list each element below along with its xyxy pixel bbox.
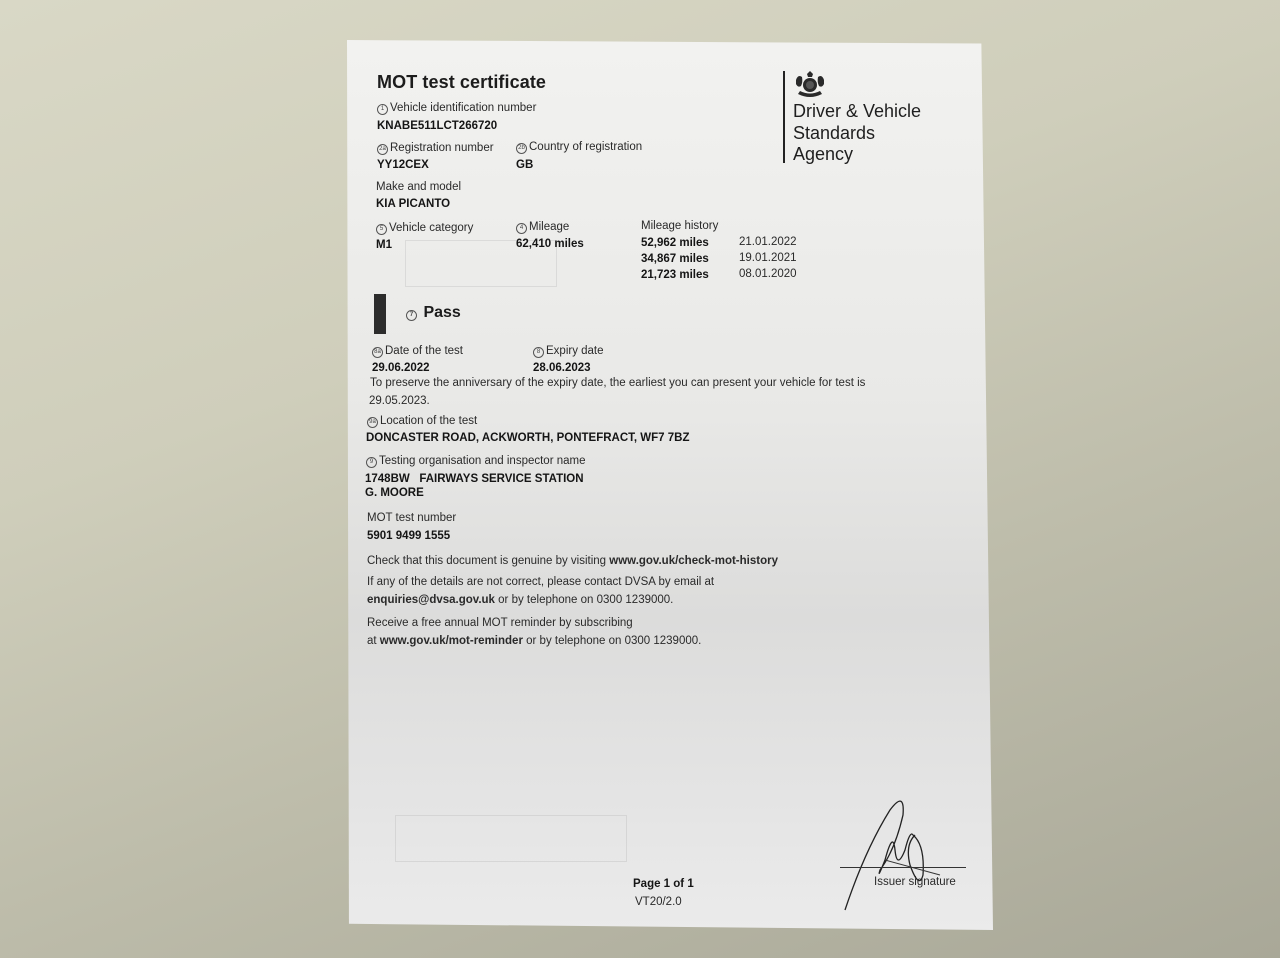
vin-label: 1Vehicle identification number <box>377 102 536 115</box>
field-number-badge: 7 <box>406 310 417 321</box>
result-marker-bar <box>374 294 386 334</box>
field-number-badge: 5 <box>376 224 387 235</box>
show-through-box <box>395 815 627 862</box>
field-number-badge: 4 <box>516 223 527 234</box>
reminder-line2: at www.gov.uk/mot-reminder or by telepho… <box>367 635 701 647</box>
reminder-phone-text: or by telephone on 0300 1239000. <box>523 635 701 647</box>
test-number-label: MOT test number <box>367 512 456 524</box>
reminder-line1: Receive a free annual MOT reminder by su… <box>367 617 633 629</box>
make-model-value: KIA PICANTO <box>376 198 450 210</box>
mileage-history-date: 08.01.2020 <box>739 268 797 280</box>
mileage-history-miles: 34,867 miles <box>641 253 709 265</box>
contact-line2: enquiries@dvsa.gov.uk or by telephone on… <box>367 594 673 606</box>
page-number: Page 1 of 1 <box>633 878 694 890</box>
inspector-name: G. MOORE <box>365 487 424 499</box>
mileage-history-label: Mileage history <box>641 220 718 232</box>
country-label: 2bCountry of registration <box>516 141 642 154</box>
result-value: Pass <box>423 304 460 321</box>
organisation-value: 1748BW FAIRWAYS SERVICE STATION <box>365 473 584 485</box>
contact-phone-text: or by telephone on 0300 1239000. <box>495 594 673 606</box>
vehicle-category-label: 5Vehicle category <box>376 222 473 235</box>
country-label-text: Country of registration <box>529 141 642 153</box>
field-number-badge: 2a <box>377 144 388 155</box>
vehicle-category-label-text: Vehicle category <box>389 222 473 234</box>
mileage-label: 4Mileage <box>516 221 569 234</box>
field-number-badge: 2b <box>516 143 527 154</box>
handwritten-signature-icon <box>835 790 945 915</box>
mileage-value: 62,410 miles <box>516 238 584 250</box>
expiry-date-label: 8Expiry date <box>533 345 604 358</box>
organisation-label-text: Testing organisation and inspector name <box>379 455 586 467</box>
page-title: MOT test certificate <box>377 72 546 93</box>
expiry-date-label-text: Expiry date <box>546 345 604 357</box>
registration-label: 2aRegistration number <box>377 142 494 155</box>
test-date-label-text: Date of the test <box>385 345 463 357</box>
field-number-badge: 8 <box>533 347 544 358</box>
mot-reminder-link[interactable]: www.gov.uk/mot-reminder <box>380 635 523 647</box>
expiry-date-value: 28.06.2023 <box>533 362 591 374</box>
vin-value: KNABE511LCT266720 <box>377 120 497 132</box>
check-mot-history-link[interactable]: www.gov.uk/check-mot-history <box>609 555 778 567</box>
genuine-check-prefix: Check that this document is genuine by v… <box>367 555 609 567</box>
anniversary-note-line1: To preserve the anniversary of the expir… <box>370 377 865 389</box>
field-number-badge: 8a <box>372 347 383 358</box>
mileage-history-date: 21.01.2022 <box>739 236 797 248</box>
vin-label-text: Vehicle identification number <box>390 102 536 114</box>
logo-line-3: Agency <box>793 144 921 166</box>
signature-line <box>840 867 966 868</box>
vehicle-category-value: M1 <box>376 239 392 251</box>
field-number-badge: 9 <box>366 457 377 468</box>
logo-line-1: Driver & Vehicle <box>793 101 921 123</box>
location-value: DONCASTER ROAD, ACKWORTH, PONTEFRACT, WF… <box>366 432 689 444</box>
dvsa-logo-text: Driver & Vehicle Standards Agency <box>793 101 921 166</box>
test-date-label: 8aDate of the test <box>372 345 463 358</box>
test-date-value: 29.06.2022 <box>372 362 430 374</box>
genuine-check-text: Check that this document is genuine by v… <box>367 555 778 567</box>
form-version: VT20/2.0 <box>635 896 682 908</box>
mileage-label-text: Mileage <box>529 221 569 233</box>
test-number-value: 5901 9499 1555 <box>367 530 450 542</box>
royal-coat-of-arms-icon <box>792 70 828 100</box>
reminder-prefix: at <box>367 635 380 647</box>
organisation-label: 9Testing organisation and inspector name <box>366 455 586 468</box>
issuer-signature-label: Issuer signature <box>874 876 956 888</box>
country-value: GB <box>516 159 533 171</box>
mileage-history-miles: 21,723 miles <box>641 269 709 281</box>
location-label: 9aLocation of the test <box>367 415 477 428</box>
contact-line1: If any of the details are not correct, p… <box>367 576 714 588</box>
mileage-history-date: 19.01.2021 <box>739 252 797 264</box>
registration-value: YY12CEX <box>377 159 429 171</box>
result-status: 7 Pass <box>406 304 461 322</box>
mileage-history-miles: 52,962 miles <box>641 237 709 249</box>
registration-label-text: Registration number <box>390 142 494 154</box>
logo-divider <box>783 71 785 163</box>
dvsa-email-link[interactable]: enquiries@dvsa.gov.uk <box>367 594 495 606</box>
make-model-label: Make and model <box>376 181 461 193</box>
location-label-text: Location of the test <box>380 415 477 427</box>
field-number-badge: 9a <box>367 417 378 428</box>
field-number-badge: 1 <box>377 104 388 115</box>
anniversary-note-line2: 29.05.2023. <box>369 395 430 407</box>
logo-line-2: Standards <box>793 123 921 145</box>
